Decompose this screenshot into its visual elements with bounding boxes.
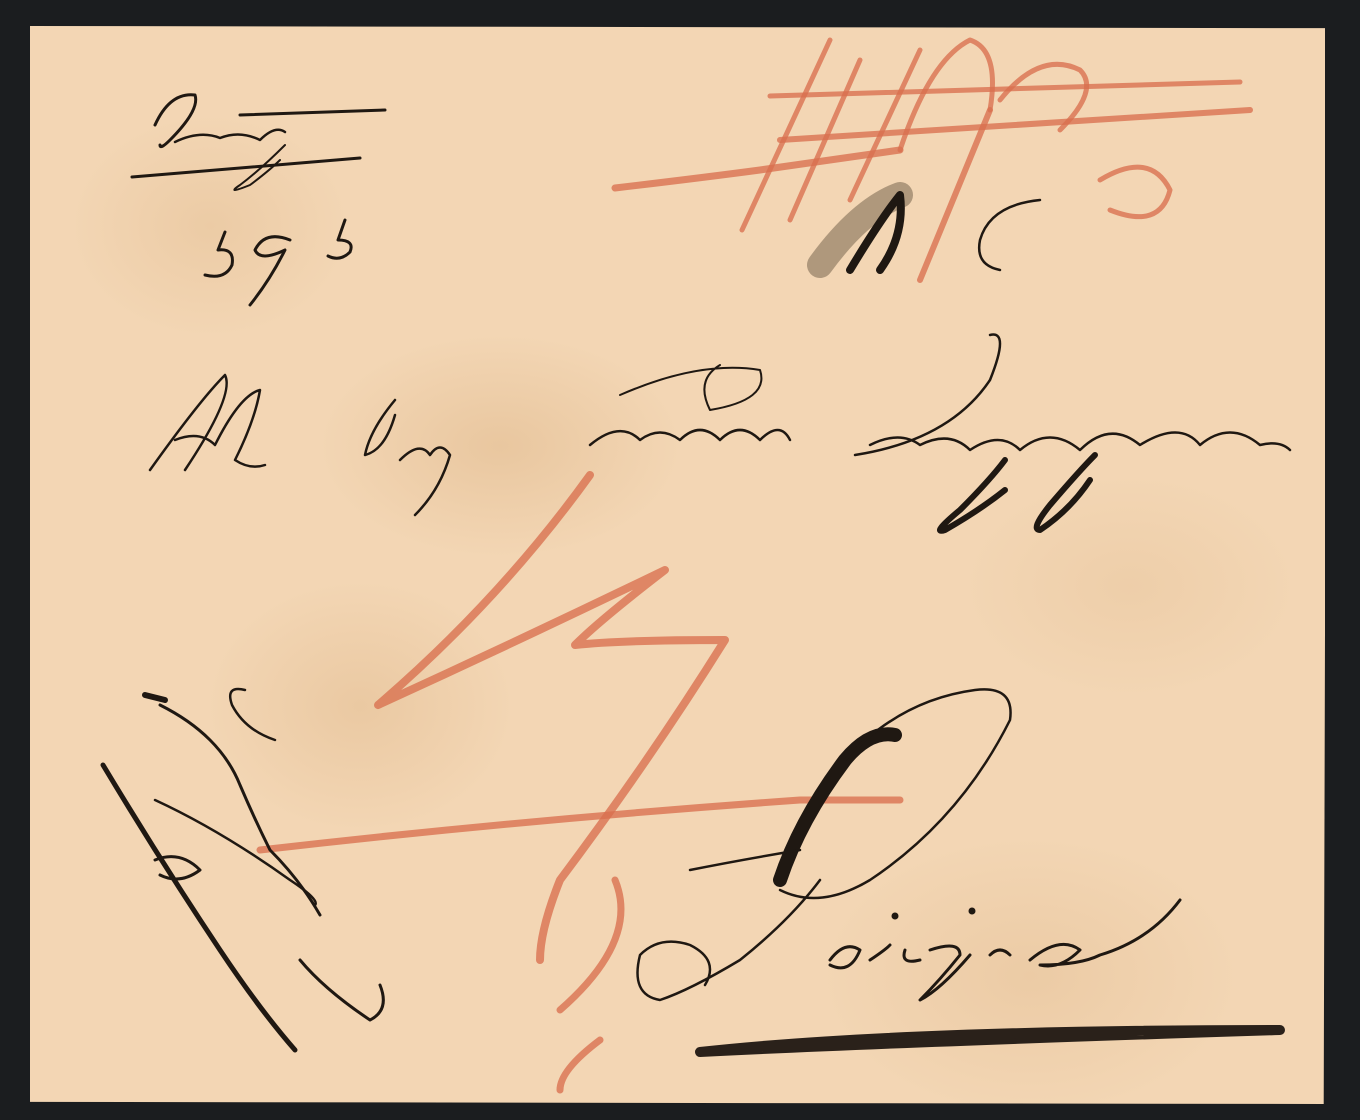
destination-inscription — [638, 689, 1281, 1052]
number-inscription — [205, 220, 351, 305]
cover-markings — [0, 0, 1360, 1120]
left-vertical-note — [103, 689, 383, 1050]
red-crayon-cancellation — [615, 40, 1250, 280]
red-crayon-numeral — [260, 475, 900, 1090]
origin-inscription — [132, 95, 385, 190]
addressee-inscription — [150, 335, 1290, 531]
